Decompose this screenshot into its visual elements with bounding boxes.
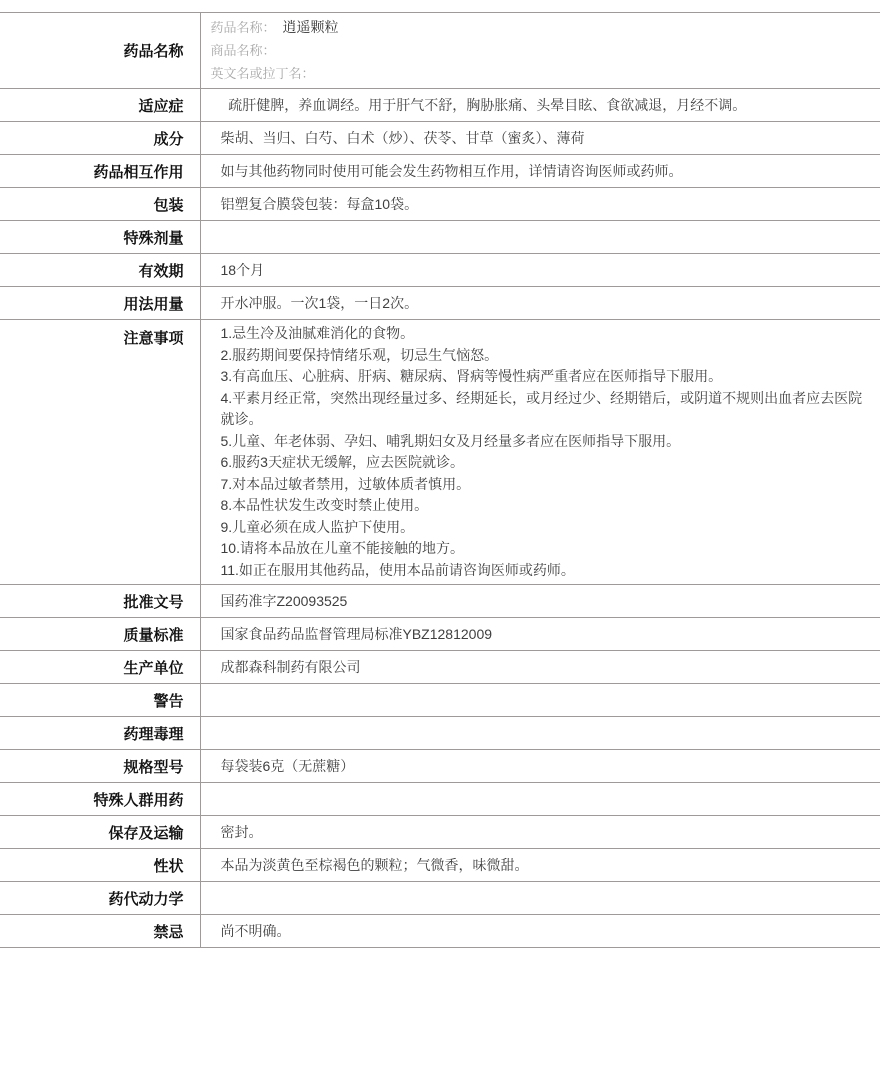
row-value-special-populations bbox=[200, 783, 880, 816]
row-value-indications: 疏肝健脾，养血调经。用于肝气不舒，胸胁胀痛、头晕目眩、食欲减退，月经不调。 bbox=[200, 89, 880, 122]
row-value-specification: 每袋装6克（无蔗糖） bbox=[200, 750, 880, 783]
row-value-contraindications: 尚不明确。 bbox=[200, 915, 880, 948]
drug-info-table: 药品名称药品名称：逍遥颗粒商品名称：英文名或拉丁名：适应症 疏肝健脾，养血调经。… bbox=[0, 12, 880, 948]
precaution-item-8: 8.本品性状发生改变时禁止使用。 bbox=[221, 495, 865, 517]
row-label-shelf-life: 有效期 bbox=[0, 254, 200, 287]
row-label-special-populations: 特殊人群用药 bbox=[0, 783, 200, 816]
name-line-0: 药品名称：逍遥颗粒 bbox=[211, 16, 869, 39]
row-value-pharmacokinetics bbox=[200, 882, 880, 915]
name-line-2: 英文名或拉丁名： bbox=[211, 62, 869, 85]
row-label-indications: 适应症 bbox=[0, 89, 200, 122]
precaution-item-7: 7.对本品过敏者禁用，过敏体质者慎用。 bbox=[221, 474, 865, 496]
table-row-precautions: 注意事项1.忌生冷及油腻难消化的食物。2.服药期间要保持情绪乐观，切忌生气恼怒。… bbox=[0, 320, 880, 585]
row-value-precautions: 1.忌生冷及油腻难消化的食物。2.服药期间要保持情绪乐观，切忌生气恼怒。3.有高… bbox=[200, 320, 880, 585]
precaution-item-11: 11.如正在服用其他药品，使用本品前请咨询医师或药师。 bbox=[221, 560, 865, 582]
table-row-shelf-life: 有效期18个月 bbox=[0, 254, 880, 287]
precaution-item-1: 1.忌生冷及油腻难消化的食物。 bbox=[221, 323, 865, 345]
table-row-approval-number: 批准文号国药准字Z20093525 bbox=[0, 585, 880, 618]
row-label-specification: 规格型号 bbox=[0, 750, 200, 783]
table-row-interactions: 药品相互作用如与其他药物同时使用可能会发生药物相互作用，详情请咨询医师或药师。 bbox=[0, 155, 880, 188]
precaution-item-3: 3.有高血压、心脏病、肝病、糖尿病、肾病等慢性病严重者应在医师指导下服用。 bbox=[221, 366, 865, 388]
table-row-ingredients: 成分柴胡、当归、白芍、白术（炒）、茯苓、甘草（蜜炙）、薄荷 bbox=[0, 122, 880, 155]
table-row-packaging: 包装铝塑复合膜袋包装：每盒10袋。 bbox=[0, 188, 880, 221]
table-row-contraindications: 禁忌尚不明确。 bbox=[0, 915, 880, 948]
row-label-precautions: 注意事项 bbox=[0, 320, 200, 585]
row-value-warning bbox=[200, 684, 880, 717]
row-label-storage-transport: 保存及运输 bbox=[0, 816, 200, 849]
table-row-description: 性状本品为淡黄色至棕褐色的颗粒；气微香，味微甜。 bbox=[0, 849, 880, 882]
row-value-manufacturer: 成都森科制药有限公司 bbox=[200, 651, 880, 684]
row-value-quality-standard: 国家食品药品监督管理局标准YBZ12812009 bbox=[200, 618, 880, 651]
table-row-quality-standard: 质量标准国家食品药品监督管理局标准YBZ12812009 bbox=[0, 618, 880, 651]
row-label-interactions: 药品相互作用 bbox=[0, 155, 200, 188]
row-label-packaging: 包装 bbox=[0, 188, 200, 221]
table-row-name: 药品名称药品名称：逍遥颗粒商品名称：英文名或拉丁名： bbox=[0, 13, 880, 89]
drug-info-rows: 药品名称药品名称：逍遥颗粒商品名称：英文名或拉丁名：适应症 疏肝健脾，养血调经。… bbox=[0, 13, 880, 948]
row-label-quality-standard: 质量标准 bbox=[0, 618, 200, 651]
row-value-special-dosage bbox=[200, 221, 880, 254]
field-label: 商品名称： bbox=[211, 43, 276, 58]
row-value-interactions: 如与其他药物同时使用可能会发生药物相互作用，详情请咨询医师或药师。 bbox=[200, 155, 880, 188]
row-value-pharmacology-toxicology bbox=[200, 717, 880, 750]
table-row-special-populations: 特殊人群用药 bbox=[0, 783, 880, 816]
table-row-warning: 警告 bbox=[0, 684, 880, 717]
row-label-warning: 警告 bbox=[0, 684, 200, 717]
precaution-item-6: 6.服药3天症状无缓解，应去医院就诊。 bbox=[221, 452, 865, 474]
row-value-name: 药品名称：逍遥颗粒商品名称：英文名或拉丁名： bbox=[200, 13, 880, 89]
row-label-contraindications: 禁忌 bbox=[0, 915, 200, 948]
row-label-dosage: 用法用量 bbox=[0, 287, 200, 320]
table-row-special-dosage: 特殊剂量 bbox=[0, 221, 880, 254]
row-label-name: 药品名称 bbox=[0, 13, 200, 89]
table-row-manufacturer: 生产单位成都森科制药有限公司 bbox=[0, 651, 880, 684]
table-row-pharmacokinetics: 药代动力学 bbox=[0, 882, 880, 915]
precaution-item-9: 9.儿童必须在成人监护下使用。 bbox=[221, 517, 865, 539]
row-value-packaging: 铝塑复合膜袋包装：每盒10袋。 bbox=[200, 188, 880, 221]
table-row-storage-transport: 保存及运输密封。 bbox=[0, 816, 880, 849]
row-label-pharmacokinetics: 药代动力学 bbox=[0, 882, 200, 915]
field-label: 药品名称： bbox=[211, 20, 276, 35]
precaution-item-5: 5.儿童、年老体弱、孕妇、哺乳期妇女及月经量多者应在医师指导下服用。 bbox=[221, 431, 865, 453]
row-value-dosage: 开水冲服。一次1袋，一日2次。 bbox=[200, 287, 880, 320]
field-value: 逍遥颗粒 bbox=[283, 19, 339, 35]
row-label-pharmacology-toxicology: 药理毒理 bbox=[0, 717, 200, 750]
field-label: 英文名或拉丁名： bbox=[211, 66, 315, 81]
precaution-item-4: 4.平素月经正常，突然出现经量过多、经期延长，或月经过少、经期错后，或阴道不规则… bbox=[221, 388, 865, 431]
row-value-ingredients: 柴胡、当归、白芍、白术（炒）、茯苓、甘草（蜜炙）、薄荷 bbox=[200, 122, 880, 155]
name-line-1: 商品名称： bbox=[211, 39, 869, 62]
row-label-description: 性状 bbox=[0, 849, 200, 882]
table-row-pharmacology-toxicology: 药理毒理 bbox=[0, 717, 880, 750]
precaution-item-2: 2.服药期间要保持情绪乐观，切忌生气恼怒。 bbox=[221, 345, 865, 367]
table-row-specification: 规格型号每袋装6克（无蔗糖） bbox=[0, 750, 880, 783]
table-row-indications: 适应症 疏肝健脾，养血调经。用于肝气不舒，胸胁胀痛、头晕目眩、食欲减退，月经不调… bbox=[0, 89, 880, 122]
table-row-dosage: 用法用量开水冲服。一次1袋，一日2次。 bbox=[0, 287, 880, 320]
row-value-storage-transport: 密封。 bbox=[200, 816, 880, 849]
row-label-special-dosage: 特殊剂量 bbox=[0, 221, 200, 254]
row-label-approval-number: 批准文号 bbox=[0, 585, 200, 618]
row-label-ingredients: 成分 bbox=[0, 122, 200, 155]
row-value-approval-number: 国药准字Z20093525 bbox=[200, 585, 880, 618]
precaution-item-10: 10.请将本品放在儿童不能接触的地方。 bbox=[221, 538, 865, 560]
row-label-manufacturer: 生产单位 bbox=[0, 651, 200, 684]
row-value-description: 本品为淡黄色至棕褐色的颗粒；气微香，味微甜。 bbox=[200, 849, 880, 882]
drug-info-page: 药品名称药品名称：逍遥颗粒商品名称：英文名或拉丁名：适应症 疏肝健脾，养血调经。… bbox=[0, 0, 880, 1070]
row-value-shelf-life: 18个月 bbox=[200, 254, 880, 287]
